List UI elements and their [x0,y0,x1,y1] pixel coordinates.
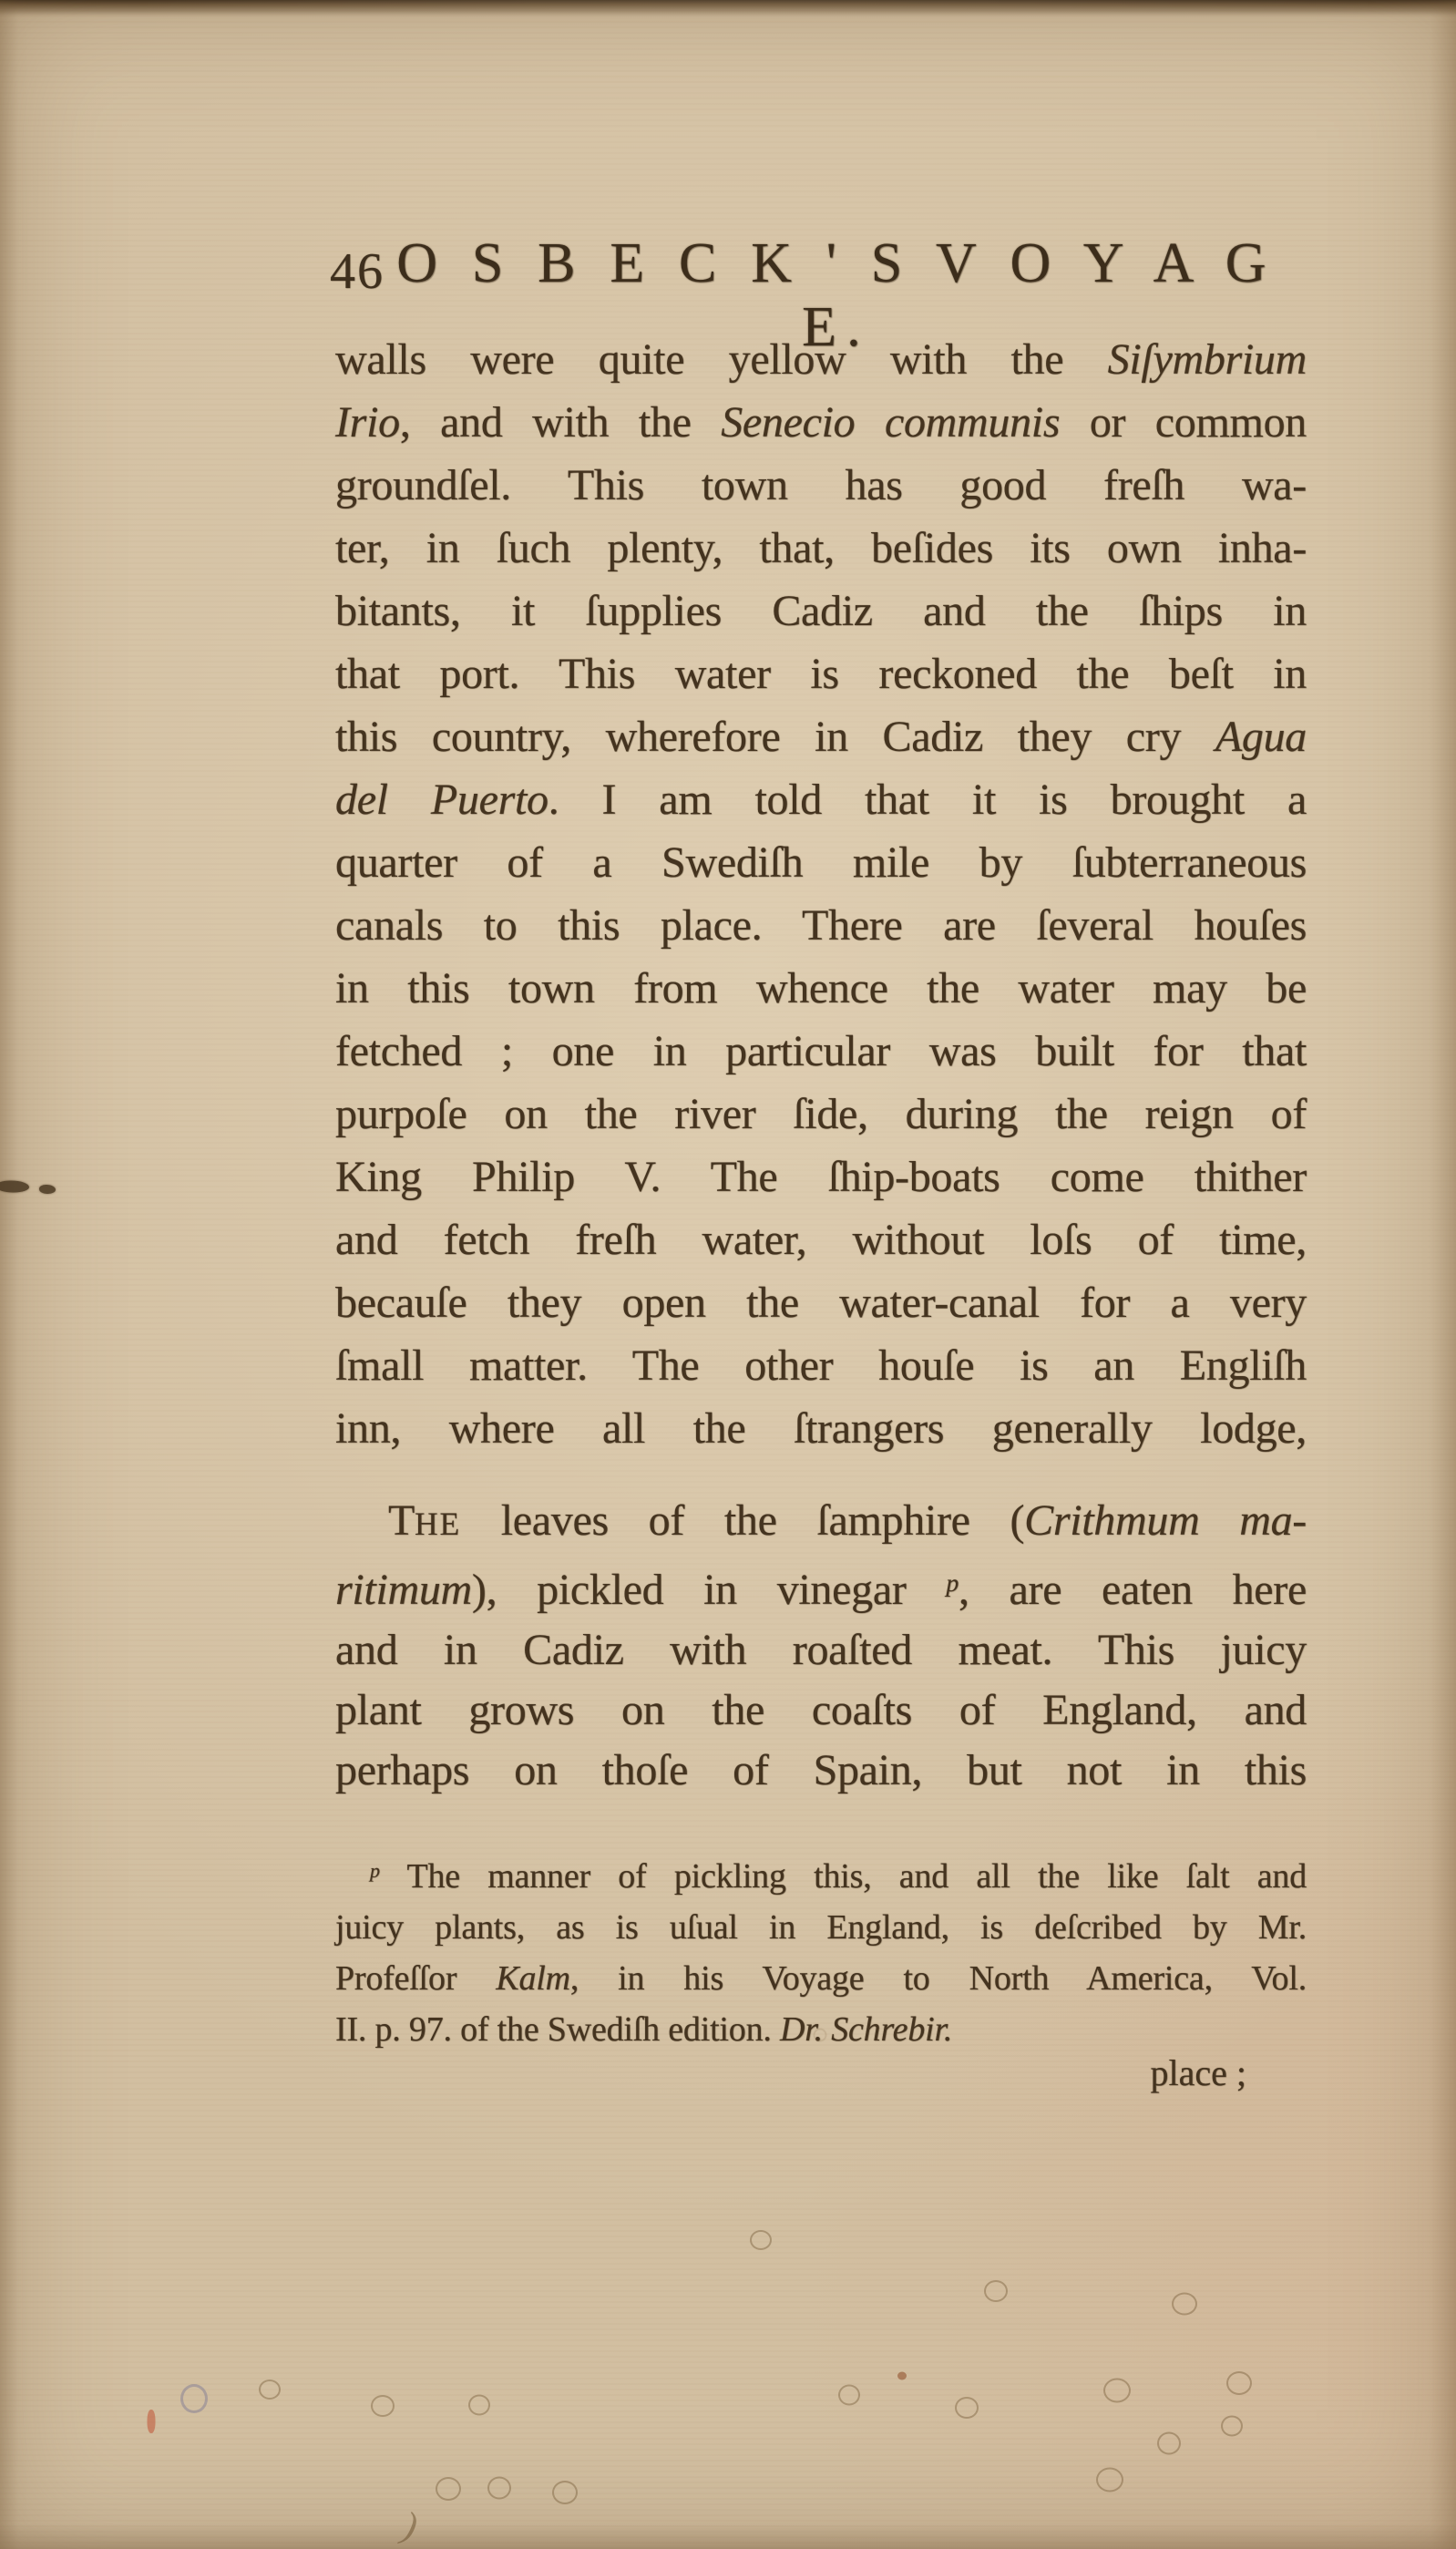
text-line: plant grows on the coaſts of England, an… [335,1680,1307,1741]
paragraph-1: walls were quite yellow with the Siſymbr… [335,328,1307,1460]
text-line: walls were quite yellow with the Siſymbr… [335,328,1307,391]
text-line: ſmall matter. The other houſe is an Engl… [335,1334,1307,1397]
text-line: Irio, and with the Senecio communis or c… [335,391,1307,454]
mark-ring [984,2280,1008,2302]
text-run: Kalm [496,1959,570,1998]
text-run: HE [415,1506,461,1542]
mark-ring [1221,2416,1243,2437]
text-run: , in his Voyage to North America, Vol. [570,1959,1307,1998]
text-run: groundſel. This town has good freſh wa- [335,461,1307,509]
mark-ring [1226,2371,1252,2395]
text-run: King Philip V. The ſhip-boats come thith… [335,1153,1307,1201]
text-run: purpoſe on the river ſide, during the re… [335,1090,1307,1138]
text-run: perhaps on thoſe of Spain, but not in th… [335,1746,1307,1794]
text-run: . I am told that it is brought a [549,776,1307,824]
text-run: ritimum [335,1566,472,1614]
mark-ring [259,2379,281,2400]
text-line: del Puerto. I am told that it is brought… [335,768,1307,831]
text-run: T [388,1496,415,1545]
mark-dash [0,1181,29,1193]
text-line: THE leaves of the ſamphire (Crithmum ma- [335,1491,1307,1554]
text-run: Senecio communis [721,398,1060,447]
mark-ring [1157,2432,1181,2455]
mark-dot [897,2372,907,2380]
text-run: Irio [335,398,400,447]
text-run: , are eaten here [959,1566,1307,1614]
text-run: Dr. Schrebir. [780,2010,952,2049]
text-run: II. p. 97. of the Swediſh edition. [335,2010,780,2049]
mark-ring [1103,2379,1131,2403]
text-line: perhaps on thoſe of Spain, but not in th… [335,1741,1307,1801]
mark-red [148,2410,156,2433]
text-run: this country, wherefore in Cadiz they cr… [335,713,1215,761]
mark-ring [1096,2468,1123,2492]
text-line: canals to this place. There are ſeveral … [335,894,1307,957]
text-run: ter, in ſuch plenty, that, beſides its o… [335,524,1307,572]
text-run: or common [1060,398,1307,447]
text-line: fetched ; one in particular was built fo… [335,1020,1307,1083]
mark-ring [436,2477,461,2501]
catchword: place ; [335,2048,1307,2099]
text-line: ter, in ſuch plenty, that, beſides its o… [335,517,1307,580]
footnote: p The manner of pickling this, and all t… [335,1845,1307,2055]
text-run: Agua [1215,713,1307,761]
text-run: , and with the [400,398,721,447]
text-run: becauſe they open the water-canal for a … [335,1279,1307,1327]
text-run: that port. This water is reckoned the be… [335,650,1307,698]
text-run: ), pickled in vinegar [472,1566,946,1614]
page-number: 46 [330,242,385,301]
text-run: in this town from whence the water may b… [335,964,1307,1012]
mark-ring [468,2395,490,2416]
text-line: in this town from whence the water may b… [335,957,1307,1020]
text-run: Profeſſor [335,1959,496,1998]
text-line: Profeſſor Kalm, in his Voyage to North A… [335,1953,1307,2004]
text-line: inn, where all the ſtrangers generally l… [335,1397,1307,1460]
text-line: p The manner of pickling this, and all t… [335,1845,1307,1902]
text-line: and fetch freſh water, without loſs of t… [335,1208,1307,1271]
paragraph-2: THE leaves of the ſamphire (Crithmum ma-… [335,1491,1307,1801]
text-run: plant grows on the coaſts of England, an… [335,1686,1307,1734]
text-line: juicy plants, as is uſual in England, is… [335,1902,1307,1953]
text-run: juicy plants, as is uſual in England, is… [335,1908,1307,1947]
text-run: The manner of pickling this, and all the… [380,1857,1307,1896]
text-run: walls were quite yellow with the [335,335,1108,384]
mark-ring [838,2385,860,2406]
mark-ring [814,2029,827,2042]
mark-ring [1172,2293,1197,2316]
text-run: inn, where all the ſtrangers generally l… [335,1404,1307,1453]
text-line: that port. This water is reckoned the be… [335,642,1307,705]
mark-curl: ) [398,2503,421,2549]
text-line: quarter of a Swediſh mile by ſubterraneo… [335,831,1307,894]
mark-ring [955,2397,979,2419]
mark-ring [487,2477,511,2500]
text-run: Siſymbrium [1108,335,1307,384]
mark-ring [552,2481,578,2504]
text-line: bitants, it ſupplies Cadiz and the ſhips… [335,580,1307,642]
mark-dash [39,1185,56,1194]
text-run: and fetch freſh water, without loſs of t… [335,1216,1307,1264]
text-run: ſmall matter. The other houſe is an Engl… [335,1341,1307,1390]
book-page-scan: 46 O S B E C K ' S V O Y A G E. walls we… [0,0,1456,2549]
mark-ring [371,2395,395,2417]
mark-ring [750,2230,772,2250]
text-line: becauſe they open the water-canal for a … [335,1271,1307,1334]
page-header: 46 O S B E C K ' S V O Y A G E. [335,231,1307,313]
text-line: ritimum), pickled in vinegar p, are eate… [335,1554,1307,1620]
text-run: and in Cadiz with roaſted meat. This jui… [335,1626,1307,1674]
text-run: canals to this place. There are ſeveral … [335,901,1307,950]
text-run: Crithmum ma- [1024,1496,1307,1545]
text-run: quarter of a Swediſh mile by ſubterraneo… [335,838,1307,887]
text-line: this country, wherefore in Cadiz they cr… [335,705,1307,768]
text-run: del Puerto [335,776,549,824]
text-run: p [370,1859,380,1882]
text-line: purpoſe on the river ſide, during the re… [335,1083,1307,1146]
text-line: groundſel. This town has good freſh wa- [335,454,1307,517]
text-run: bitants, it ſupplies Cadiz and the ſhips… [335,587,1307,635]
text-line: and in Cadiz with roaſted meat. This jui… [335,1620,1307,1680]
text-line: King Philip V. The ſhip-boats come thith… [335,1146,1307,1208]
text-run: p [946,1569,959,1598]
mark-blue [180,2384,208,2413]
text-run: leaves of the ſamphire ( [461,1496,1024,1545]
text-run: fetched ; one in particular was built fo… [335,1027,1307,1075]
